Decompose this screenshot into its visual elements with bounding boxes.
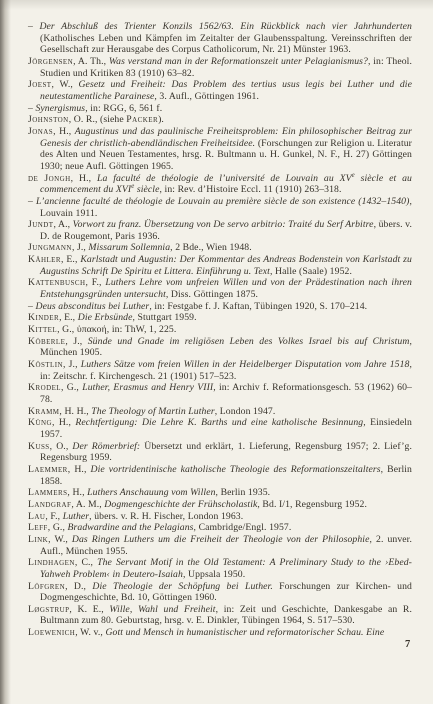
scan-binding-edge bbox=[0, 0, 12, 704]
bibliography-entry: – Deus absconditus bei Luther, in: Festg… bbox=[28, 301, 412, 313]
bibliography-entry: Köberle, J., Sünde und Gnade im religiös… bbox=[28, 336, 412, 359]
bibliography-entry: Link, W., Das Ringen Luthers um die Frei… bbox=[28, 534, 412, 557]
bibliography-entry: – Der Abschluß des Trienter Konzils 1562… bbox=[28, 21, 412, 56]
bibliography-entry: Lammers, H., Luthers Anschauung vom Will… bbox=[28, 487, 412, 499]
bibliography-entry: Köstlin, J., Luthers Sätze vom freien Wi… bbox=[28, 359, 412, 382]
bibliography-entry: Kinder, E., Die Erbsünde, Stuttgart 1959… bbox=[28, 312, 412, 324]
bibliography-entry: Loewenich, W. v., Gott und Mensch in hum… bbox=[28, 627, 412, 639]
bibliography-entry: – Synergismus, in: RGG, 6, 561 f. bbox=[28, 103, 412, 115]
bibliography-entry: Jundt, A., Vorwort zu franz. Übersetzung… bbox=[28, 219, 412, 242]
bibliography-entry: Landgraf, A. M., Dogmengeschichte der Fr… bbox=[28, 499, 412, 511]
bibliography-entry: Leff, G., Bradwardine and the Pelagians,… bbox=[28, 522, 412, 534]
page-number: 7 bbox=[405, 639, 410, 650]
bibliography-entry: Lindhagen, C., The Servant Motif in the … bbox=[28, 557, 412, 580]
bibliography-list: – Der Abschluß des Trienter Konzils 1562… bbox=[28, 21, 412, 639]
bibliography-entry: Joest, W., Gesetz und Freiheit: Das Prob… bbox=[28, 79, 412, 102]
bibliography-entry: Kittel, G., ὑπακοή, in: ThW, 1, 225. bbox=[28, 324, 412, 336]
bibliography-entry: – L’ancienne faculté de théologie de Lou… bbox=[28, 196, 412, 219]
bibliography-entry: Löfgren, D., Die Theologie der Schöpfung… bbox=[28, 581, 412, 604]
scan-top-shade bbox=[0, 0, 433, 10]
bibliography-entry: Kuss, O., Der Römerbrief: Übersetzt und … bbox=[28, 441, 412, 464]
bibliography-entry: Løgstrup, K. E., Wille, Wahl und Freihei… bbox=[28, 604, 412, 627]
bibliography-entry: Jungmann, J., Missarum Sollemnia, 2 Bde.… bbox=[28, 242, 412, 254]
bibliography-entry: Kattenbusch, F., Luthers Lehre vom unfre… bbox=[28, 277, 412, 300]
bibliography-entry: Jörgensen, A. Th., Was verstand man in d… bbox=[28, 56, 412, 79]
bibliography-entry: Kramm, H. H., The Theology of Martin Lut… bbox=[28, 406, 412, 418]
bibliography-entry: Lau, F., Luther, übers. v. R. H. Fischer… bbox=[28, 511, 412, 523]
bibliography-entry: Johnston, O. R., (siehe Packer). bbox=[28, 114, 412, 126]
bibliography-entry: Laemmer, H., Die vortridentinische katho… bbox=[28, 464, 412, 487]
bibliography-entry: Küng, H., Rechtfertigung: Die Lehre K. B… bbox=[28, 417, 412, 440]
bibliography-entry: de Jongh, H., La faculté de théologie de… bbox=[28, 173, 412, 196]
bibliography-entry: Kähler, E., Karlstadt und Augustin: Der … bbox=[28, 254, 412, 277]
bibliography-entry: Krodel, G., Luther, Erasmus and Henry VI… bbox=[28, 382, 412, 405]
bibliography-entry: Jonas, H., Augustinus und das paulinisch… bbox=[28, 126, 412, 173]
